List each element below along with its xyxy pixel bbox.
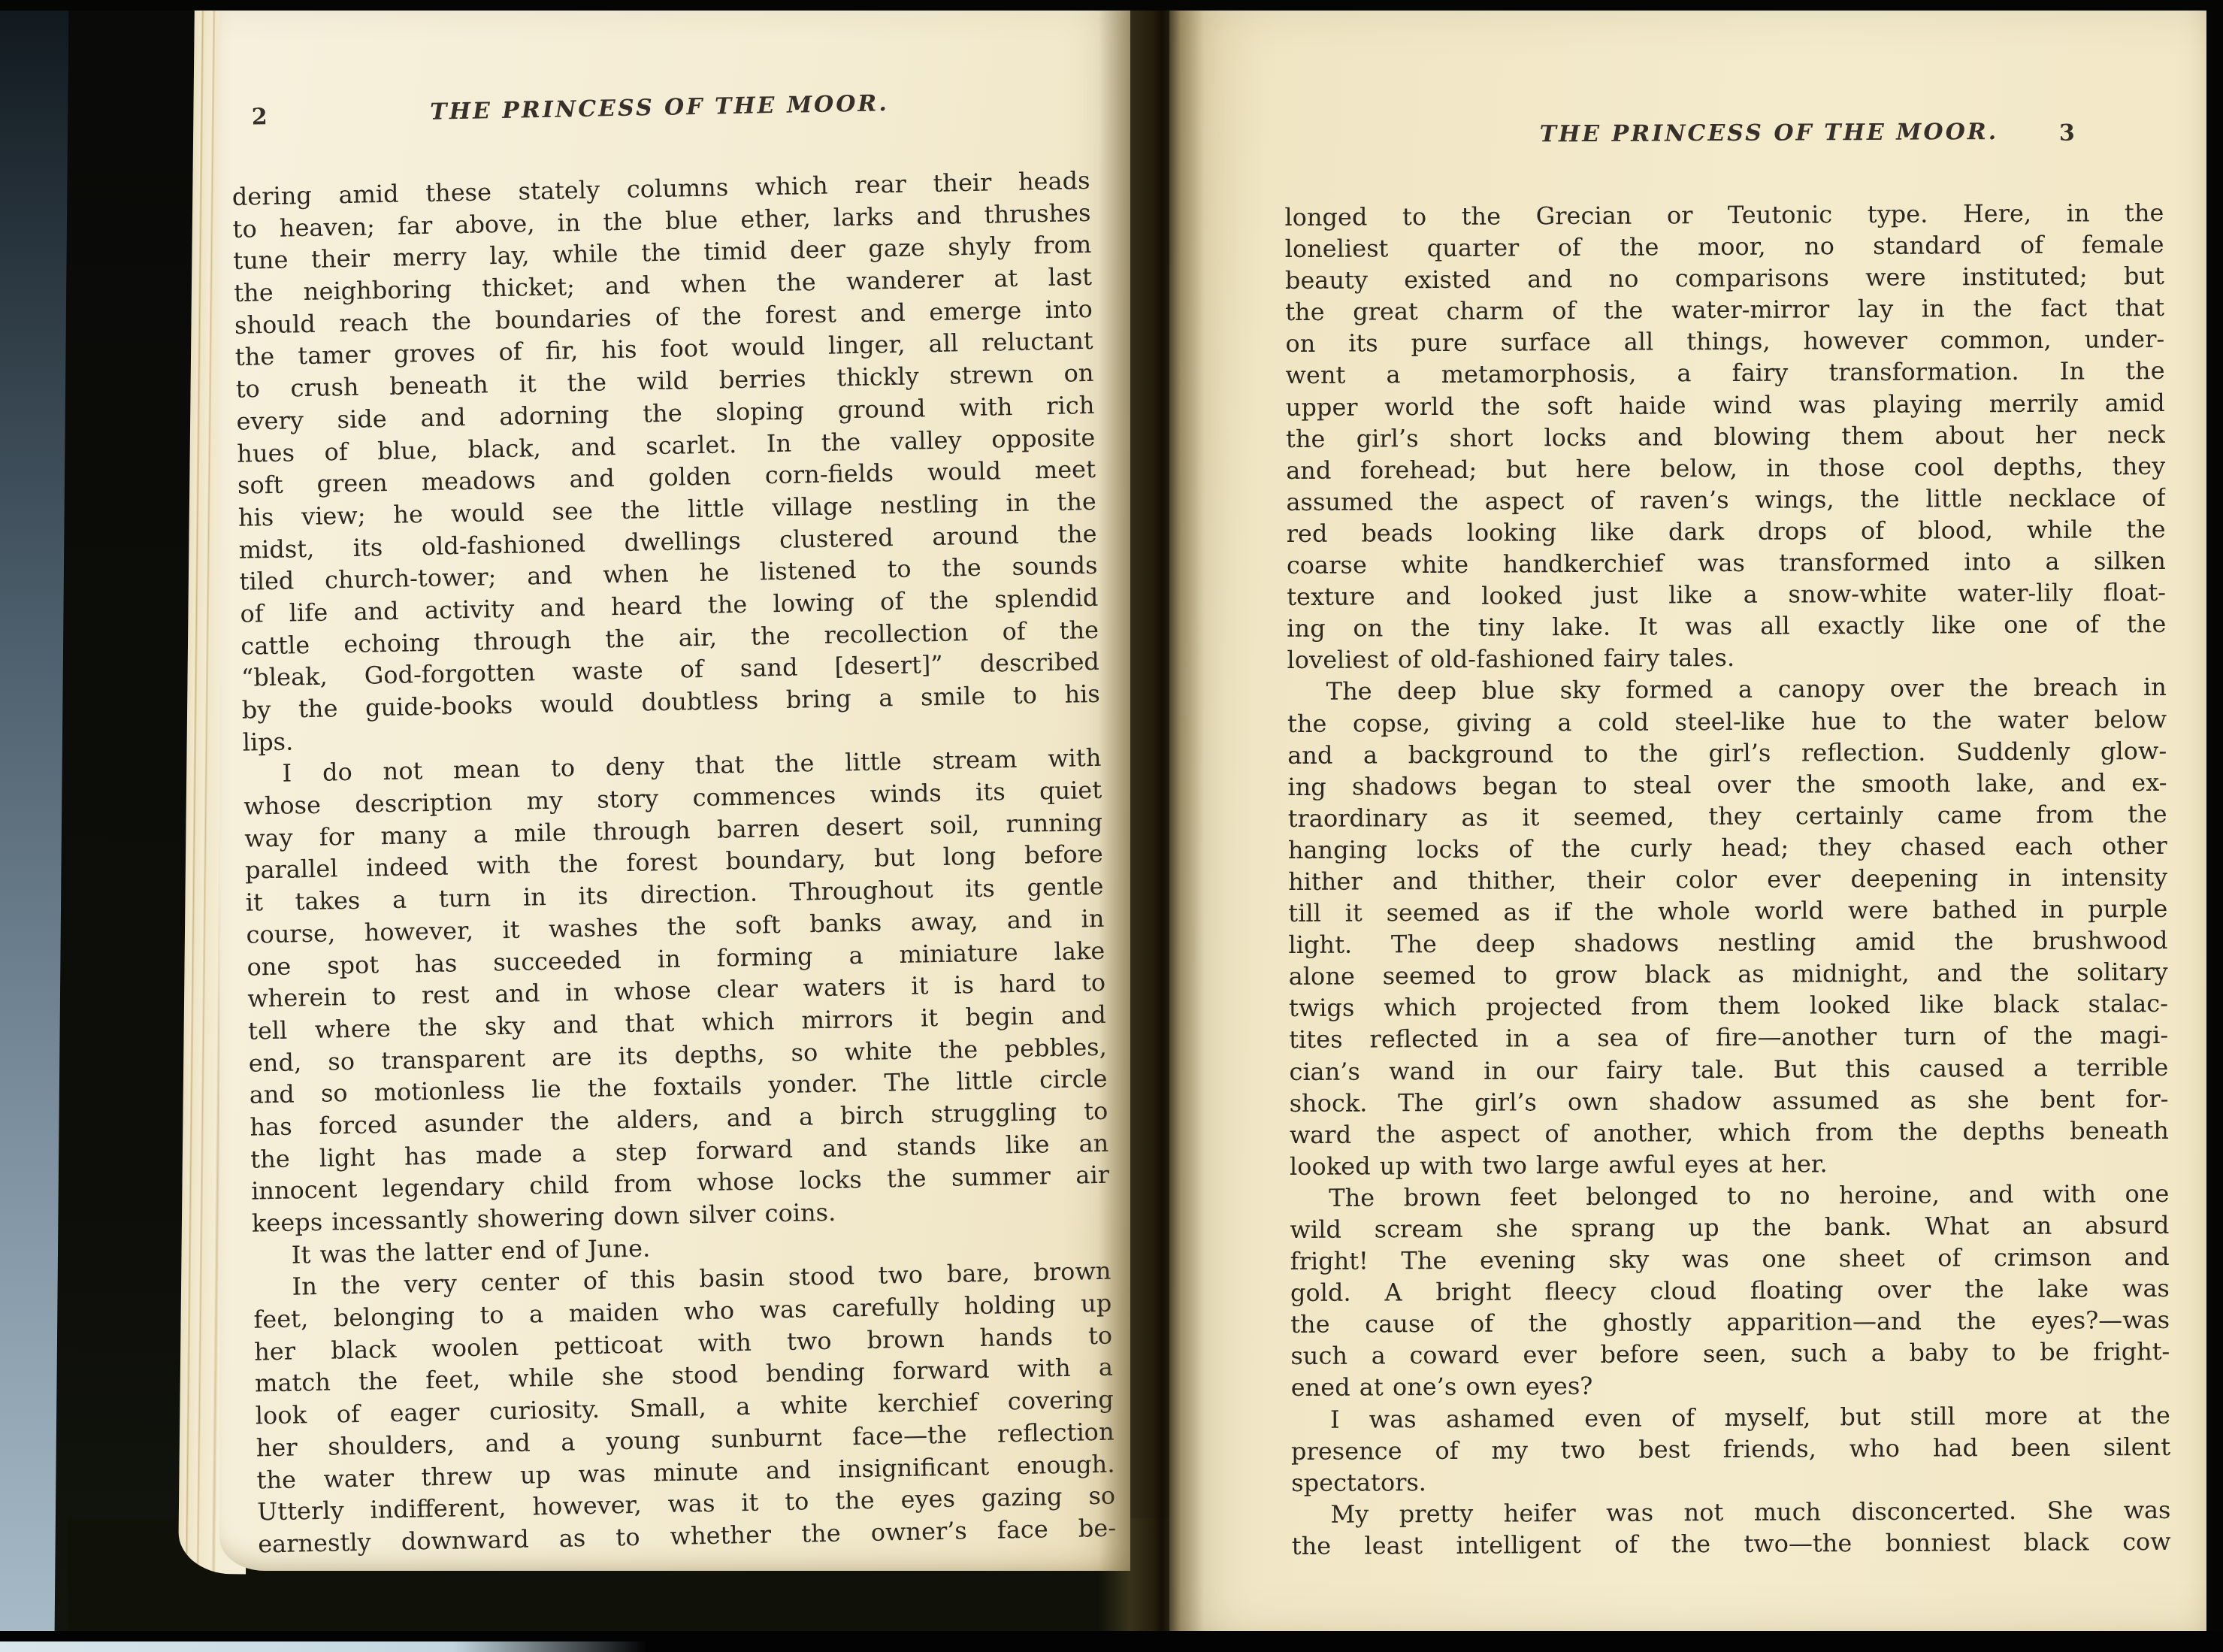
text-line: I was ashamed even of myself, but still … — [1291, 1399, 2170, 1435]
right-text-block: longed to the Grecian or Teutonic type. … — [1284, 197, 2170, 1562]
text-line: on its pure surface all things, however … — [1285, 323, 2164, 359]
text-line: loveliest of old-fashioned fairy tales. — [1287, 640, 2166, 676]
text-line: upper world the soft haide wind was play… — [1286, 386, 2165, 422]
right-running-header-row: THE PRINCESS OF THE MOOR. 3 — [1284, 118, 2164, 160]
text-line: cian’s wand in our fairy tale. But this … — [1289, 1051, 2168, 1087]
text-line: hanging locks of the curly head; they ch… — [1288, 830, 2167, 866]
text-line: and forehead; but here below, in those c… — [1286, 450, 2165, 486]
scan-border-right — [2206, 0, 2223, 1652]
book-scan: 2 THE PRINCESS OF THE MOOR. dering amid … — [0, 0, 2223, 1652]
text-line: the great charm of the water-mirror lay … — [1285, 292, 2164, 328]
text-line: assumed the aspect of raven’s wings, the… — [1286, 482, 2165, 518]
text-line: the copse, giving a cold steel-like hue … — [1287, 703, 2167, 739]
scanner-bed-strip — [0, 1641, 646, 1652]
text-line: ing on the tiny lake. It was all exactly… — [1287, 608, 2166, 644]
text-line: coarse white handkerchief was transforme… — [1287, 545, 2166, 581]
left-page-number: 2 — [251, 104, 268, 130]
left-text-block: dering amid these stately columns which … — [231, 165, 1116, 1560]
text-line: ened at one’s own eyes? — [1290, 1367, 2170, 1403]
left-page: 2 THE PRINCESS OF THE MOOR. dering amid … — [219, 6, 1130, 1571]
left-running-header-row: 2 THE PRINCESS OF THE MOOR. — [230, 86, 1089, 141]
text-line: the girl’s short locks and blowing them … — [1286, 419, 2165, 455]
gutter-shadow — [1099, 0, 1204, 1638]
text-line: tites reflected in a sea of fire—another… — [1289, 1019, 2168, 1055]
text-line: My pretty heifer was not much disconcert… — [1291, 1494, 2170, 1530]
text-line: beauty existed and no comparisons were i… — [1285, 260, 2164, 296]
text-line: wild scream she sprang up the bank. What… — [1290, 1209, 2169, 1245]
text-line: The deep blue sky formed a canopy over t… — [1287, 671, 2167, 707]
text-line: till it seemed as if the whole world wer… — [1288, 893, 2167, 929]
text-line: spectators. — [1291, 1463, 2170, 1499]
text-line: twigs which projected from them looked l… — [1289, 988, 2168, 1024]
text-line: shock. The girl’s own shadow assumed as … — [1290, 1083, 2169, 1119]
text-line: such a coward ever before seen, such a b… — [1290, 1336, 2170, 1372]
text-line: went a metamorphosis, a fairy transforma… — [1285, 355, 2164, 391]
right-page: THE PRINCESS OF THE MOOR. 3 longed to th… — [1169, 8, 2208, 1632]
text-line: ward the aspect of another, which from t… — [1290, 1115, 2169, 1151]
text-line: fright! The evening sky was one sheet of… — [1290, 1241, 2170, 1277]
text-line: the cause of the ghostly apparition—and … — [1290, 1304, 2170, 1340]
text-line: alone seemed to grow black as midnight, … — [1289, 956, 2168, 992]
left-running-title: THE PRINCESS OF THE MOOR. — [230, 86, 1088, 129]
text-line: The brown feet belonged to no heroine, a… — [1290, 1178, 2169, 1214]
text-line: longed to the Grecian or Teutonic type. … — [1284, 197, 2164, 233]
right-running-title: THE PRINCESS OF THE MOOR. — [1329, 118, 2209, 149]
text-line: gold. A bright fleecy cloud floating ove… — [1290, 1272, 2170, 1309]
text-line: looked up with two large awful eyes at h… — [1290, 1146, 2169, 1182]
text-line: ing shadows began to steal over the smoo… — [1287, 767, 2167, 803]
text-line: the least intelligent of the two—the bon… — [1292, 1526, 2171, 1562]
text-line: texture and looked just like a snow-whit… — [1287, 576, 2166, 613]
text-line: presence of my two best friends, who had… — [1291, 1431, 2170, 1467]
text-line: light. The deep shadows nestling amid th… — [1288, 924, 2167, 961]
right-page-number: 3 — [2059, 120, 2075, 147]
text-line: and a background to the girl’s reflectio… — [1287, 735, 2167, 771]
text-line: traordinary as it seemed, they certainly… — [1288, 798, 2167, 834]
text-line: red beads looking like dark drops of blo… — [1287, 513, 2166, 549]
text-line: hither and thither, their color ever dee… — [1288, 861, 2167, 897]
scan-border-top — [0, 0, 2223, 11]
text-line: loneliest quarter of the moor, no standa… — [1285, 228, 2164, 265]
